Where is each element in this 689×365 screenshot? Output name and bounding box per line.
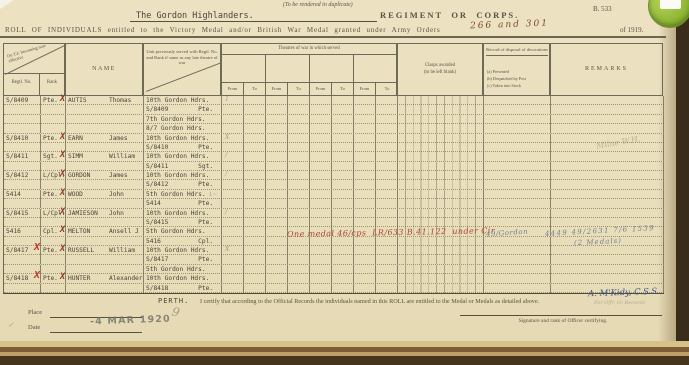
theatre-cell [310, 171, 332, 180]
roll-title-suffix: of 1919. [620, 26, 643, 34]
roll-line: 8/7 Gordon Hdrs. [4, 124, 664, 133]
theatre-cell [244, 152, 266, 161]
theatre-cell [222, 274, 244, 283]
name-cell [66, 284, 144, 293]
form-code: B. 533 [593, 5, 612, 13]
theatre-cell [332, 115, 354, 124]
theatre-cell [376, 134, 398, 143]
theatre-cell [288, 124, 310, 133]
clasps-cell [398, 237, 484, 246]
roll-line: S/8412L/Cpl.GORDON JamesX10th Gordon Hdr… [4, 171, 664, 180]
unit-header-cell: Unit previously served with Regtl. No. a… [143, 43, 221, 96]
theatre-cell [222, 124, 244, 133]
name-cell: WOOD JohnX [66, 190, 144, 199]
theatre-cell [266, 124, 288, 133]
theatre-cell [354, 209, 376, 218]
theatre-cell [266, 105, 288, 114]
pencil-check-date: ✓ [8, 321, 14, 329]
theatre-cell [244, 143, 266, 152]
disposal-cell [484, 237, 551, 246]
theatre-cell [332, 255, 354, 264]
theatre-cell [244, 115, 266, 124]
remarks-cell [551, 171, 664, 180]
regtl-no-cell [4, 199, 41, 208]
unit-cell: S/8417 Pte. [144, 255, 222, 264]
clasps-cell [398, 152, 484, 161]
regtl-no-cell [4, 284, 41, 293]
theatre-cell [266, 180, 288, 189]
unit-cell: 8/7 Gordon Hdrs. [144, 124, 222, 133]
signature-caption: Signature and rank of Officer certifying… [472, 318, 654, 324]
theatre-cell [354, 96, 376, 105]
regtl-no-cell: S/8410 [4, 134, 41, 143]
theatre-cell [244, 209, 266, 218]
unit-cell: S/8418 Pte. [144, 284, 222, 293]
theatre-cell [266, 162, 288, 171]
name-cell [66, 180, 144, 189]
roll-line: S/8415L/Cpl.JAMIESON JohnX10th Gordon Hd… [4, 209, 664, 218]
unit-cell: 7th Gordon Hdrs. [144, 115, 222, 124]
theatre-cell [376, 284, 398, 293]
clasps-cell [398, 255, 484, 264]
regtl-no-cell: 5416 [4, 227, 41, 236]
date-label: Date [28, 324, 40, 331]
duplicate-note: (To be rendered in duplicate) [283, 2, 353, 8]
theatre-cell [222, 237, 244, 246]
theatre-cell [244, 265, 266, 274]
theatre-cell [222, 199, 244, 208]
to-header: To [244, 83, 266, 95]
clasps-cell [398, 143, 484, 152]
theatre-cell [244, 162, 266, 171]
theatre-cell: X [222, 246, 244, 255]
theatre-cell [310, 96, 332, 105]
clasps-cell [398, 162, 484, 171]
theatre-cell [354, 265, 376, 274]
theatre-cell [310, 124, 332, 133]
theatre-cell [288, 162, 310, 171]
theatre-cell [376, 162, 398, 171]
theatre-cell [376, 124, 398, 133]
theatre-cell: X [222, 134, 244, 143]
roll-line: 5416 Cpl. [4, 237, 664, 246]
hw-signature: A. M'Kidy, C.S.S. [588, 287, 660, 299]
clasps-header-1: Clasps awarded [398, 63, 482, 68]
theatre-cell [332, 152, 354, 161]
x-mark: X [60, 226, 65, 234]
remarks-cell [551, 199, 664, 208]
theatre-cell [310, 152, 332, 161]
roll-line: S/8418Pte.XHUNTER AlexanderX10th Gordon … [4, 274, 664, 283]
theatre-cell [222, 105, 244, 114]
theatre-cell [288, 171, 310, 180]
theatre-cell [288, 218, 310, 227]
clasps-cell [398, 284, 484, 293]
roll-line: 5th Gordon Hdrs. [4, 265, 664, 274]
name-header-cell: NAME [65, 43, 143, 96]
theatre-cell [332, 134, 354, 143]
roll-line: 7th Gordon Hdrs. [4, 115, 664, 124]
roll-table-body: S/8409Pte.AUTIS ThomasX10th Gordon Hdrs.… [3, 96, 664, 294]
remarks-cell [551, 209, 664, 218]
pencil-mark: X [225, 134, 229, 142]
disposal-cell [484, 274, 551, 283]
theatre-cell [266, 96, 288, 105]
disposal-cell [484, 152, 551, 161]
regtl-no-cell [4, 124, 41, 133]
theatre-cell [354, 171, 376, 180]
theatre-cell [288, 246, 310, 255]
disposal-cell [484, 199, 551, 208]
red-x-mark: X [34, 244, 40, 252]
theatre-cell [332, 209, 354, 218]
disposal-cell [484, 124, 551, 133]
theatre-cell [288, 152, 310, 161]
pencil-mark: / [225, 152, 227, 160]
clasps-cell [398, 209, 484, 218]
disposal-cell [484, 105, 551, 114]
theatre-cell [222, 162, 244, 171]
disposal-title: Record of disposal of decorations [486, 47, 548, 56]
roll-line: S/8411Sgt.SIMM WilliamX10th Gordon Hdrs.… [4, 152, 664, 161]
to-header: To [288, 83, 310, 95]
theatre-cell [244, 180, 266, 189]
theatre-cell [266, 227, 288, 236]
disposal-cell [484, 115, 551, 124]
theatre-cell [332, 124, 354, 133]
theatre-cell [266, 218, 288, 227]
disposal-cell [484, 171, 551, 180]
theatre-cell [354, 255, 376, 264]
theatre-cell [376, 209, 398, 218]
theatre-cell [266, 274, 288, 283]
theatre-cell [266, 237, 288, 246]
remarks-cell [551, 105, 664, 114]
remarks-header-cell: REMARKS [550, 43, 663, 96]
theatre-cell [244, 105, 266, 114]
theatre-cell [332, 284, 354, 293]
x-mark: X [60, 151, 65, 159]
theatre-cell [222, 265, 244, 274]
disposal-cell [484, 246, 551, 255]
clasps-cell [398, 274, 484, 283]
theatre-cell [376, 237, 398, 246]
theatre-cell [354, 115, 376, 124]
remarks-cell [551, 180, 664, 189]
disposal-item-b: (b) Despatched by Post [487, 76, 526, 81]
theatre-cell [222, 180, 244, 189]
clasps-cell [398, 124, 484, 133]
page-edge-stripe [0, 356, 689, 365]
x-mark: X [60, 273, 65, 281]
clasps-header-2: (to be left blank) [398, 70, 482, 75]
name-cell [66, 115, 144, 124]
theatre-cell [310, 143, 332, 152]
theatre-cell [376, 199, 398, 208]
stamp-date: -4 MAR 1920 [90, 314, 171, 328]
remarks-cell [551, 115, 664, 124]
remarks-cell [551, 255, 664, 264]
theatre-cell [244, 199, 266, 208]
unit-cell: S/8415 Pte. [144, 218, 222, 227]
pencil-mark: / [225, 209, 227, 217]
disposal-cell [484, 209, 551, 218]
unit-cell: 5416 Cpl. [144, 237, 222, 246]
theatre-cell [310, 199, 332, 208]
roll-line: S/8409Pte.AUTIS ThomasX10th Gordon Hdrs.… [4, 96, 664, 105]
theatre-cell [244, 96, 266, 105]
hw-army-orders: 266 and 301 [470, 19, 549, 32]
theatre-cell: / [222, 152, 244, 161]
red-x-mark: X [34, 272, 40, 280]
regtl-no-cell: 5414 [4, 190, 41, 199]
regtl-no-cell: S/8415 [4, 209, 41, 218]
unit-cell: 10th Gordon Hdrs. [144, 152, 222, 161]
theatre-cell [354, 180, 376, 189]
theatre-cell [244, 246, 266, 255]
x-mark: X [60, 189, 65, 197]
theatre-cell [288, 105, 310, 114]
theatre-cell [332, 246, 354, 255]
theatre-cell: 1 [222, 96, 244, 105]
theatre-cell [332, 274, 354, 283]
x-mark: X [60, 245, 65, 253]
theatre-cell [310, 284, 332, 293]
clasps-cell [398, 218, 484, 227]
theatre-cell [310, 134, 332, 143]
theatre-cell [354, 274, 376, 283]
name-cell: EARN JamesX [66, 134, 144, 143]
theatre-cell [288, 190, 310, 199]
regtl-no-cell [4, 255, 41, 264]
to-header: To [332, 83, 354, 95]
theatre-cell [288, 284, 310, 293]
disposal-cell [484, 265, 551, 274]
unit-cell: 10th Gordon Hdrs. [144, 209, 222, 218]
remarks-cell [551, 265, 664, 274]
theatre-cell [288, 134, 310, 143]
roll-line: S/8417 Pte. [4, 255, 664, 264]
roll-line: S/8412 Pte. [4, 180, 664, 189]
unit-cell: 5414 Pte. [144, 199, 222, 208]
regno-header: Regtl. No. [4, 74, 40, 95]
theatre-cell [222, 227, 244, 236]
theatre-cell [222, 190, 244, 199]
rank-cell [41, 255, 66, 264]
name-cell: JAMIESON JohnX [66, 209, 144, 218]
theatre-cell: / [222, 171, 244, 180]
theatre-cell [376, 152, 398, 161]
theatre-cell [354, 237, 376, 246]
theatre-cell [244, 237, 266, 246]
from-header: From [354, 83, 376, 95]
theatre-cell [310, 190, 332, 199]
roll-line: S/8418 Pte. [4, 284, 664, 293]
theatre-cell [376, 190, 398, 199]
theatre-cell [310, 246, 332, 255]
name-cell [66, 105, 144, 114]
theatre-cell [354, 152, 376, 161]
regtl-no-cell: S/8411 [4, 152, 41, 161]
theatre-cell [332, 265, 354, 274]
theatre-cell [244, 134, 266, 143]
roll-line: S/8417Pte.XRUSSELL WilliamX10th Gordon H… [4, 246, 664, 255]
clasps-cell [398, 265, 484, 274]
theatre-cell [266, 209, 288, 218]
theatre-cell [222, 115, 244, 124]
theatre-cell: / [222, 209, 244, 218]
theatre-cell [310, 180, 332, 189]
from-header: From [266, 83, 288, 95]
name-cell [66, 199, 144, 208]
unit-cell: 10th Gordon Hdrs. [144, 246, 222, 255]
disposal-cell [484, 255, 551, 264]
disposal-header-cell: Record of disposal of decorations (a) Pr… [483, 43, 550, 96]
theatre-cell [288, 255, 310, 264]
theatre-cell [266, 199, 288, 208]
theatres-header-cell: Theatres of war in which served From To … [221, 43, 397, 96]
disposal-cell [484, 190, 551, 199]
theatre-cell [244, 190, 266, 199]
disposal-item-c: (c) Taken into Stock [487, 83, 521, 88]
regtl-no-cell [4, 180, 41, 189]
theatre-cell [354, 143, 376, 152]
regiment-label: REGIMENT OR CORPS. [380, 10, 519, 20]
theatre-cell [310, 209, 332, 218]
name-cell [66, 124, 144, 133]
from-header: From [222, 83, 244, 95]
theatre-cell [354, 134, 376, 143]
disposal-cell [484, 180, 551, 189]
disposal-cell [484, 134, 551, 143]
clasps-header-cell: Clasps awarded (to be left blank) [397, 43, 483, 96]
regtl-no-cell [4, 143, 41, 152]
rank-cell [41, 284, 66, 293]
regiment-underline [130, 21, 377, 22]
noneffective-header-cell: On T.F. becoming non-effective Regtl. No… [3, 43, 65, 96]
theatre-cell [222, 143, 244, 152]
clasps-cell [398, 134, 484, 143]
remarks-cell [551, 190, 664, 199]
unit-cell: S/8409 Pte. [144, 105, 222, 114]
theatre-cell [310, 255, 332, 264]
roll-line: S/8410Pte.EARN JamesX10th Gordon Hdrs.X [4, 134, 664, 143]
theatre-cell [376, 180, 398, 189]
name-cell [66, 143, 144, 152]
roll-line: S/8410 Pte. [4, 143, 664, 152]
theatre-cell [266, 115, 288, 124]
unit-cell: 5th Gordon Hdrs. [144, 227, 222, 236]
roll-line: S/8415 Pte. [4, 218, 664, 227]
name-header: NAME [66, 66, 142, 72]
theatre-cell [376, 265, 398, 274]
from-header: From [310, 83, 332, 95]
unit-cell: S/8412 Pte. [144, 180, 222, 189]
theatre-cell [310, 218, 332, 227]
theatre-cell [332, 171, 354, 180]
theatre-cell [332, 218, 354, 227]
remarks-cell [551, 246, 664, 255]
hw-signature-sub: For Offr. i/c Records [594, 300, 645, 306]
theatre-cell [354, 162, 376, 171]
screenshot-stage: (To be rendered in duplicate) The Gordon… [0, 0, 689, 365]
rank-cell [41, 105, 66, 114]
diagonal-line [146, 62, 221, 92]
roll-title: ROLL OF INDIVIDUALS entitled to the Vict… [5, 26, 441, 34]
unit-cell: S/8411 Sgt. [144, 162, 222, 171]
theatre-cell [332, 199, 354, 208]
x-mark: X [60, 133, 65, 141]
theatre-cell [288, 96, 310, 105]
theatre-cell [288, 115, 310, 124]
theatre-cell [244, 284, 266, 293]
theatre-cell [376, 143, 398, 152]
unit-cell: 5th Gordon Hdrs. L~ [144, 190, 222, 199]
theatre-cell [310, 162, 332, 171]
theatres-subcolumns [222, 55, 396, 82]
theatre-cell [376, 171, 398, 180]
name-cell [66, 218, 144, 227]
theatre-cell [222, 218, 244, 227]
theatre-cell [266, 246, 288, 255]
pencil-mark: L~ [206, 191, 217, 198]
certify-statement: I certify that according to the Official… [200, 298, 539, 305]
theatre-cell [376, 274, 398, 283]
name-cell: HUNTER AlexanderX [66, 274, 144, 283]
clasps-cell [398, 246, 484, 255]
scan-corner-sliver [0, 0, 14, 9]
name-cell: GORDON JamesX [66, 171, 144, 180]
roll-line: 5414Pte.WOOD JohnX5th Gordon Hdrs. L~ [4, 190, 664, 199]
clasps-cell [398, 199, 484, 208]
name-cell: SIMM WilliamX [66, 152, 144, 161]
remarks-cell [551, 274, 664, 283]
clasps-cell [398, 96, 484, 105]
theatre-cell [266, 134, 288, 143]
theatre-cell [266, 152, 288, 161]
remarks-cell [551, 124, 664, 133]
remarks-cell [551, 152, 664, 161]
theatre-cell [266, 190, 288, 199]
name-cell: AUTIS ThomasX [66, 96, 144, 105]
signature-line [460, 315, 662, 316]
theatre-cell [266, 143, 288, 152]
theatre-cell [222, 255, 244, 264]
remarks-header: REMARKS [551, 66, 662, 72]
theatres-header: Theatres of war in which served [222, 44, 396, 55]
pencil-mark: X [225, 246, 229, 254]
name-cell: MELTON Ansell JX [66, 227, 144, 236]
theatre-cell [376, 255, 398, 264]
theatre-cell [244, 124, 266, 133]
theatre-cell [244, 274, 266, 283]
theatre-cell [288, 274, 310, 283]
theatre-cell [332, 96, 354, 105]
theatre-cell [354, 190, 376, 199]
theatre-cell [376, 105, 398, 114]
name-cell [66, 237, 144, 246]
regtl-no-cell [4, 218, 41, 227]
roll-line: 5414 Pte. [4, 199, 664, 208]
clasps-cell [398, 190, 484, 199]
theatre-cell [354, 124, 376, 133]
theatre-cell [288, 143, 310, 152]
place-label: Place [28, 309, 42, 316]
pencil-mark-date: 9 [170, 304, 181, 319]
theatre-cell [354, 246, 376, 255]
theatre-cell [288, 180, 310, 189]
theatre-cell [310, 274, 332, 283]
